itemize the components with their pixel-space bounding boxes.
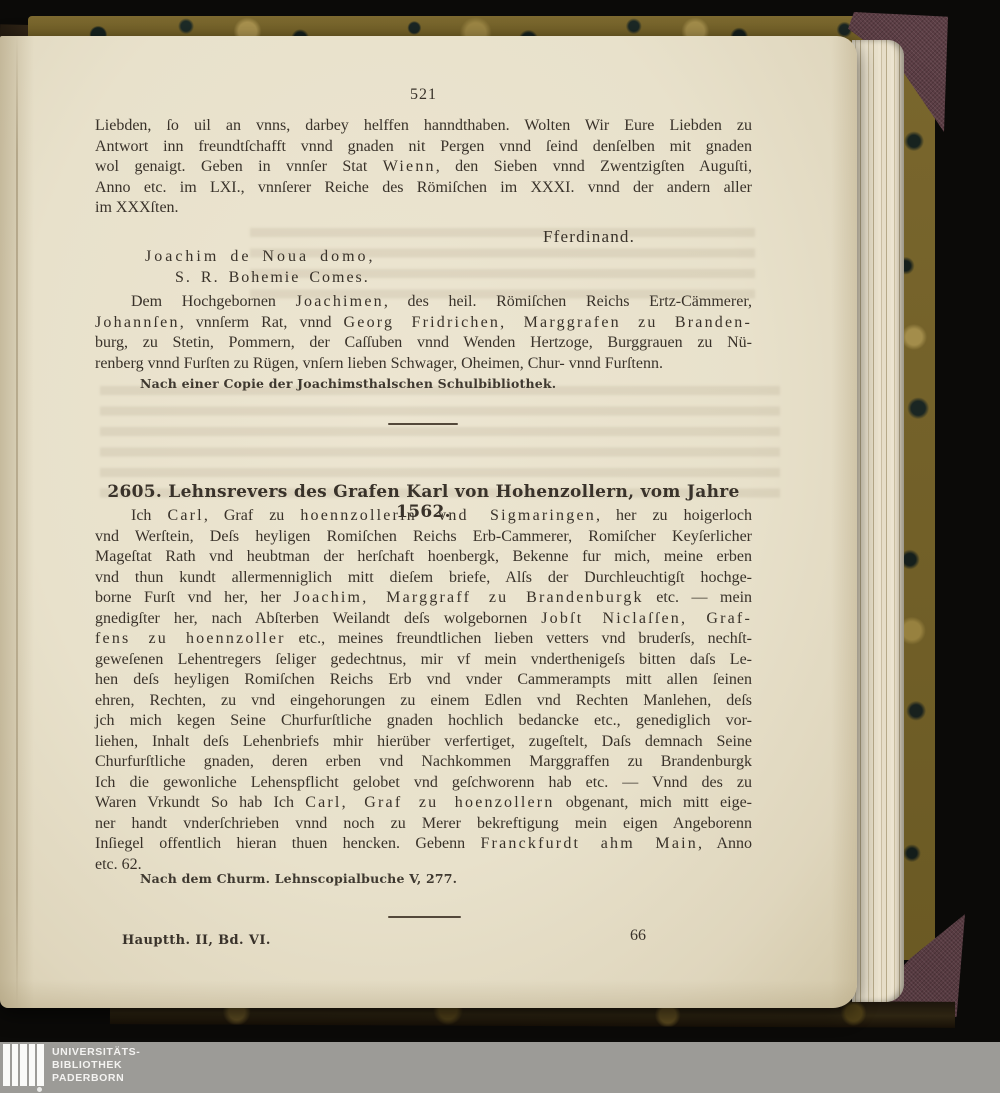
library-name: UNIVERSITÄTS- BIBLIOTHEK PADERBORN	[52, 1046, 140, 1085]
text-line: Dem Hochgebornen Joachimen, des heil. Rö…	[95, 292, 752, 313]
signature-secretary-title: S. R. Bohemie Comes.	[175, 268, 752, 289]
letterspaced-name: fens zu hoennzoller	[95, 630, 286, 647]
logo-dot-icon	[37, 1087, 42, 1092]
text-line: Liebden, ſo uil an vnns, darbey helffen …	[95, 116, 752, 137]
text-segment: Antwort inn freundtſchafft vnnd gnaden n…	[95, 138, 752, 155]
section-divider-rule	[388, 423, 458, 425]
page-stack-fore-edge	[852, 40, 904, 1002]
text-line: vnd thun kundt allermenniglich mitt dieſ…	[95, 568, 752, 589]
logo-bar-icon	[20, 1044, 27, 1086]
text-line: Ich Carl, Graf zu hoennzollerin vnd Sigm…	[95, 506, 752, 527]
text-segment: etc., meines freundtlichen lieben vetter…	[286, 630, 752, 647]
source-note-2: Nach dem Churm. Lehnscopialbuche V, 277.	[140, 872, 457, 886]
logo-bar-icon	[3, 1044, 10, 1086]
text-segment: Inſiegel offentlich hieran thuen hencken…	[95, 835, 480, 852]
text-line: renberg vnnd Furſten zu Rügen, vnſern li…	[95, 354, 752, 375]
running-footer-volume: Hauptth. II, Bd. VI.	[122, 933, 271, 948]
text-segment: renberg vnnd Furſten zu Rügen, vnſern li…	[95, 355, 663, 372]
text-segment: ner handt vnderſchrieben vnnd noch zu Me…	[95, 815, 752, 832]
text-line: Johannſen, vnnſerm Rat, vnnd Georg Fridr…	[95, 313, 752, 334]
text-line: Mageſtat Rath vnd heubtman der herſchaft…	[95, 547, 752, 568]
letterspaced-name: Carl	[167, 507, 203, 524]
text-segment: jch mich kegen Seine Churfurſtliche gnad…	[95, 712, 752, 729]
section-divider-rule	[388, 916, 461, 918]
text-segment: hen deſs heyligen Romiſchen Reichs Erb v…	[95, 671, 752, 688]
signature-secretary-line: Joachim de Noua domo,	[145, 247, 752, 268]
text-line: vnd Werſtein, Deſs heyligen Romiſchen Re…	[95, 527, 752, 548]
paragraph-address: Dem Hochgebornen Joachimen, des heil. Rö…	[95, 292, 752, 374]
text-segment: borne Furſt vnd her, her	[95, 589, 293, 606]
text-line: jch mich kegen Seine Churfurſtliche gnad…	[95, 711, 752, 732]
sheet-number: 66	[630, 927, 646, 945]
text-segment: obgenant, mich mitt eige-	[555, 794, 752, 811]
text-segment: Ich	[131, 507, 167, 524]
text-line: borne Furſt vnd her, her Joachim, Marggr…	[95, 588, 752, 609]
paragraph-lehnsrevers: Ich Carl, Graf zu hoennzollerin vnd Sigm…	[95, 506, 752, 875]
letterspaced-name: Franckfurdt ahm Main	[480, 835, 698, 852]
letterspaced-name: Jobſt Niclaſſen, Graf-	[541, 610, 752, 627]
text-segment: , Graf zu	[204, 507, 301, 524]
text-segment: gnedigſter her, nach Abſterben Weilandt …	[95, 610, 541, 627]
scanned-page: 521 Liebden, ſo uil an vnns, darbey helf…	[0, 36, 857, 1008]
gutter-crease	[16, 36, 18, 1008]
text-line: burg, zu Stetin, Pommern, der Caſſuben v…	[95, 333, 752, 354]
text-line: hen deſs heyligen Romiſchen Reichs Erb v…	[95, 670, 752, 691]
text-segment: wol genaigt. Geben in vnnſer Stat	[95, 158, 383, 175]
library-logo-bars-icon	[3, 1044, 44, 1086]
library-name-line: BIBLIOTHEK	[52, 1059, 140, 1072]
text-line: ehren, Rechten, zu vnd eingehorungen zu …	[95, 691, 752, 712]
library-name-line: UNIVERSITÄTS-	[52, 1046, 140, 1059]
page-text-block: Liebden, ſo uil an vnns, darbey helffen …	[95, 116, 752, 391]
text-segment: , vnnſerm Rat, vnnd	[180, 314, 344, 331]
text-segment: , her zu hoigerloch	[596, 507, 752, 524]
logo-bar-icon	[12, 1044, 19, 1086]
text-segment: Anno etc. im LXI., vnnſerer Reiche des R…	[95, 179, 752, 196]
text-line: geweſenen Lehentregers ſeliger gedechtnu…	[95, 650, 752, 671]
text-segment: vnd thun kundt allermenniglich mitt dieſ…	[95, 569, 752, 586]
logo-bar-icon	[29, 1044, 36, 1086]
logo-bar-icon	[37, 1044, 44, 1086]
signature-ferdinand: Fferdinand.	[543, 227, 752, 248]
text-line: Ich die gewonliche Lehenspflicht gelobet…	[95, 773, 752, 794]
text-segment: etc. — mein	[644, 589, 752, 606]
text-segment: Mageſtat Rath vnd heubtman der herſchaft…	[95, 548, 752, 565]
text-line: wol genaigt. Geben in vnnſer Stat Wienn,…	[95, 157, 752, 178]
text-line: Antwort inn freundtſchafft vnnd gnaden n…	[95, 137, 752, 158]
text-line: gnedigſter her, nach Abſterben Weilandt …	[95, 609, 752, 630]
text-segment: Waren Vrkundt So hab Ich	[95, 794, 305, 811]
text-segment: liehen, Inhalt deſs Lehenbriefs mhir hie…	[95, 733, 752, 750]
text-segment: ehren, Rechten, zu vnd eingehorungen zu …	[95, 692, 752, 709]
page-number: 521	[95, 86, 752, 104]
letterspaced-name: Carl, Graf zu hoenzollern	[305, 794, 554, 811]
text-line: liehen, Inhalt deſs Lehenbriefs mhir hie…	[95, 732, 752, 753]
letterspaced-name: Joachim, Marggraff zu Brandenburgk	[293, 589, 643, 606]
text-segment: etc. 62.	[95, 856, 142, 873]
letterspaced-name: Georg Fridrichen, Marggrafen zu Branden-	[344, 314, 752, 331]
library-banner: UNIVERSITÄTS- BIBLIOTHEK PADERBORN	[0, 1042, 1000, 1093]
text-line: Inſiegel offentlich hieran thuen hencken…	[95, 834, 752, 855]
text-segment: im XXXſten.	[95, 199, 179, 216]
book-scan-photo: 521 Liebden, ſo uil an vnns, darbey helf…	[0, 0, 1000, 1093]
text-segment: Dem Hochgebornen	[131, 293, 296, 310]
letterspaced-name: Johannſen	[95, 314, 180, 331]
text-line: fens zu hoennzoller etc., meines freundt…	[95, 629, 752, 650]
text-line: im XXXſten.	[95, 198, 752, 219]
source-note-1: Nach einer Copie der Joachimsthalschen S…	[140, 377, 752, 391]
text-line: Waren Vrkundt So hab Ich Carl, Graf zu h…	[95, 793, 752, 814]
library-name-line: PADERBORN	[52, 1072, 140, 1085]
text-segment: geweſenen Lehentregers ſeliger gedechtnu…	[95, 651, 752, 668]
text-segment: vnd Werſtein, Deſs heyligen Romiſchen Re…	[95, 528, 752, 545]
text-segment: , Anno	[698, 835, 752, 852]
paragraph-letter-close: Liebden, ſo uil an vnns, darbey helffen …	[95, 116, 752, 219]
text-segment: , des heil. Römiſchen Reichs Ertz-Cämmer…	[384, 293, 752, 310]
text-segment: Liebden, ſo uil an vnns, darbey helffen …	[95, 117, 752, 134]
text-line: ner handt vnderſchrieben vnnd noch zu Me…	[95, 814, 752, 835]
text-segment: Ich die gewonliche Lehenspflicht gelobet…	[95, 774, 752, 791]
text-line: Churfurſtliche gnaden, deren erben vnd N…	[95, 752, 752, 773]
letterspaced-name: hoennzollerin vnd Sigmaringen	[300, 507, 596, 524]
text-segment: burg, zu Stetin, Pommern, der Caſſuben v…	[95, 334, 752, 351]
text-segment: Churfurſtliche gnaden, deren erben vnd N…	[95, 753, 752, 770]
text-line: Anno etc. im LXI., vnnſerer Reiche des R…	[95, 178, 752, 199]
letterspaced-name: Wienn	[383, 158, 436, 175]
text-segment: , den Sieben vnnd Zwentzigſten Auguſti,	[436, 158, 752, 175]
letterspaced-name: Joachimen	[296, 293, 384, 310]
